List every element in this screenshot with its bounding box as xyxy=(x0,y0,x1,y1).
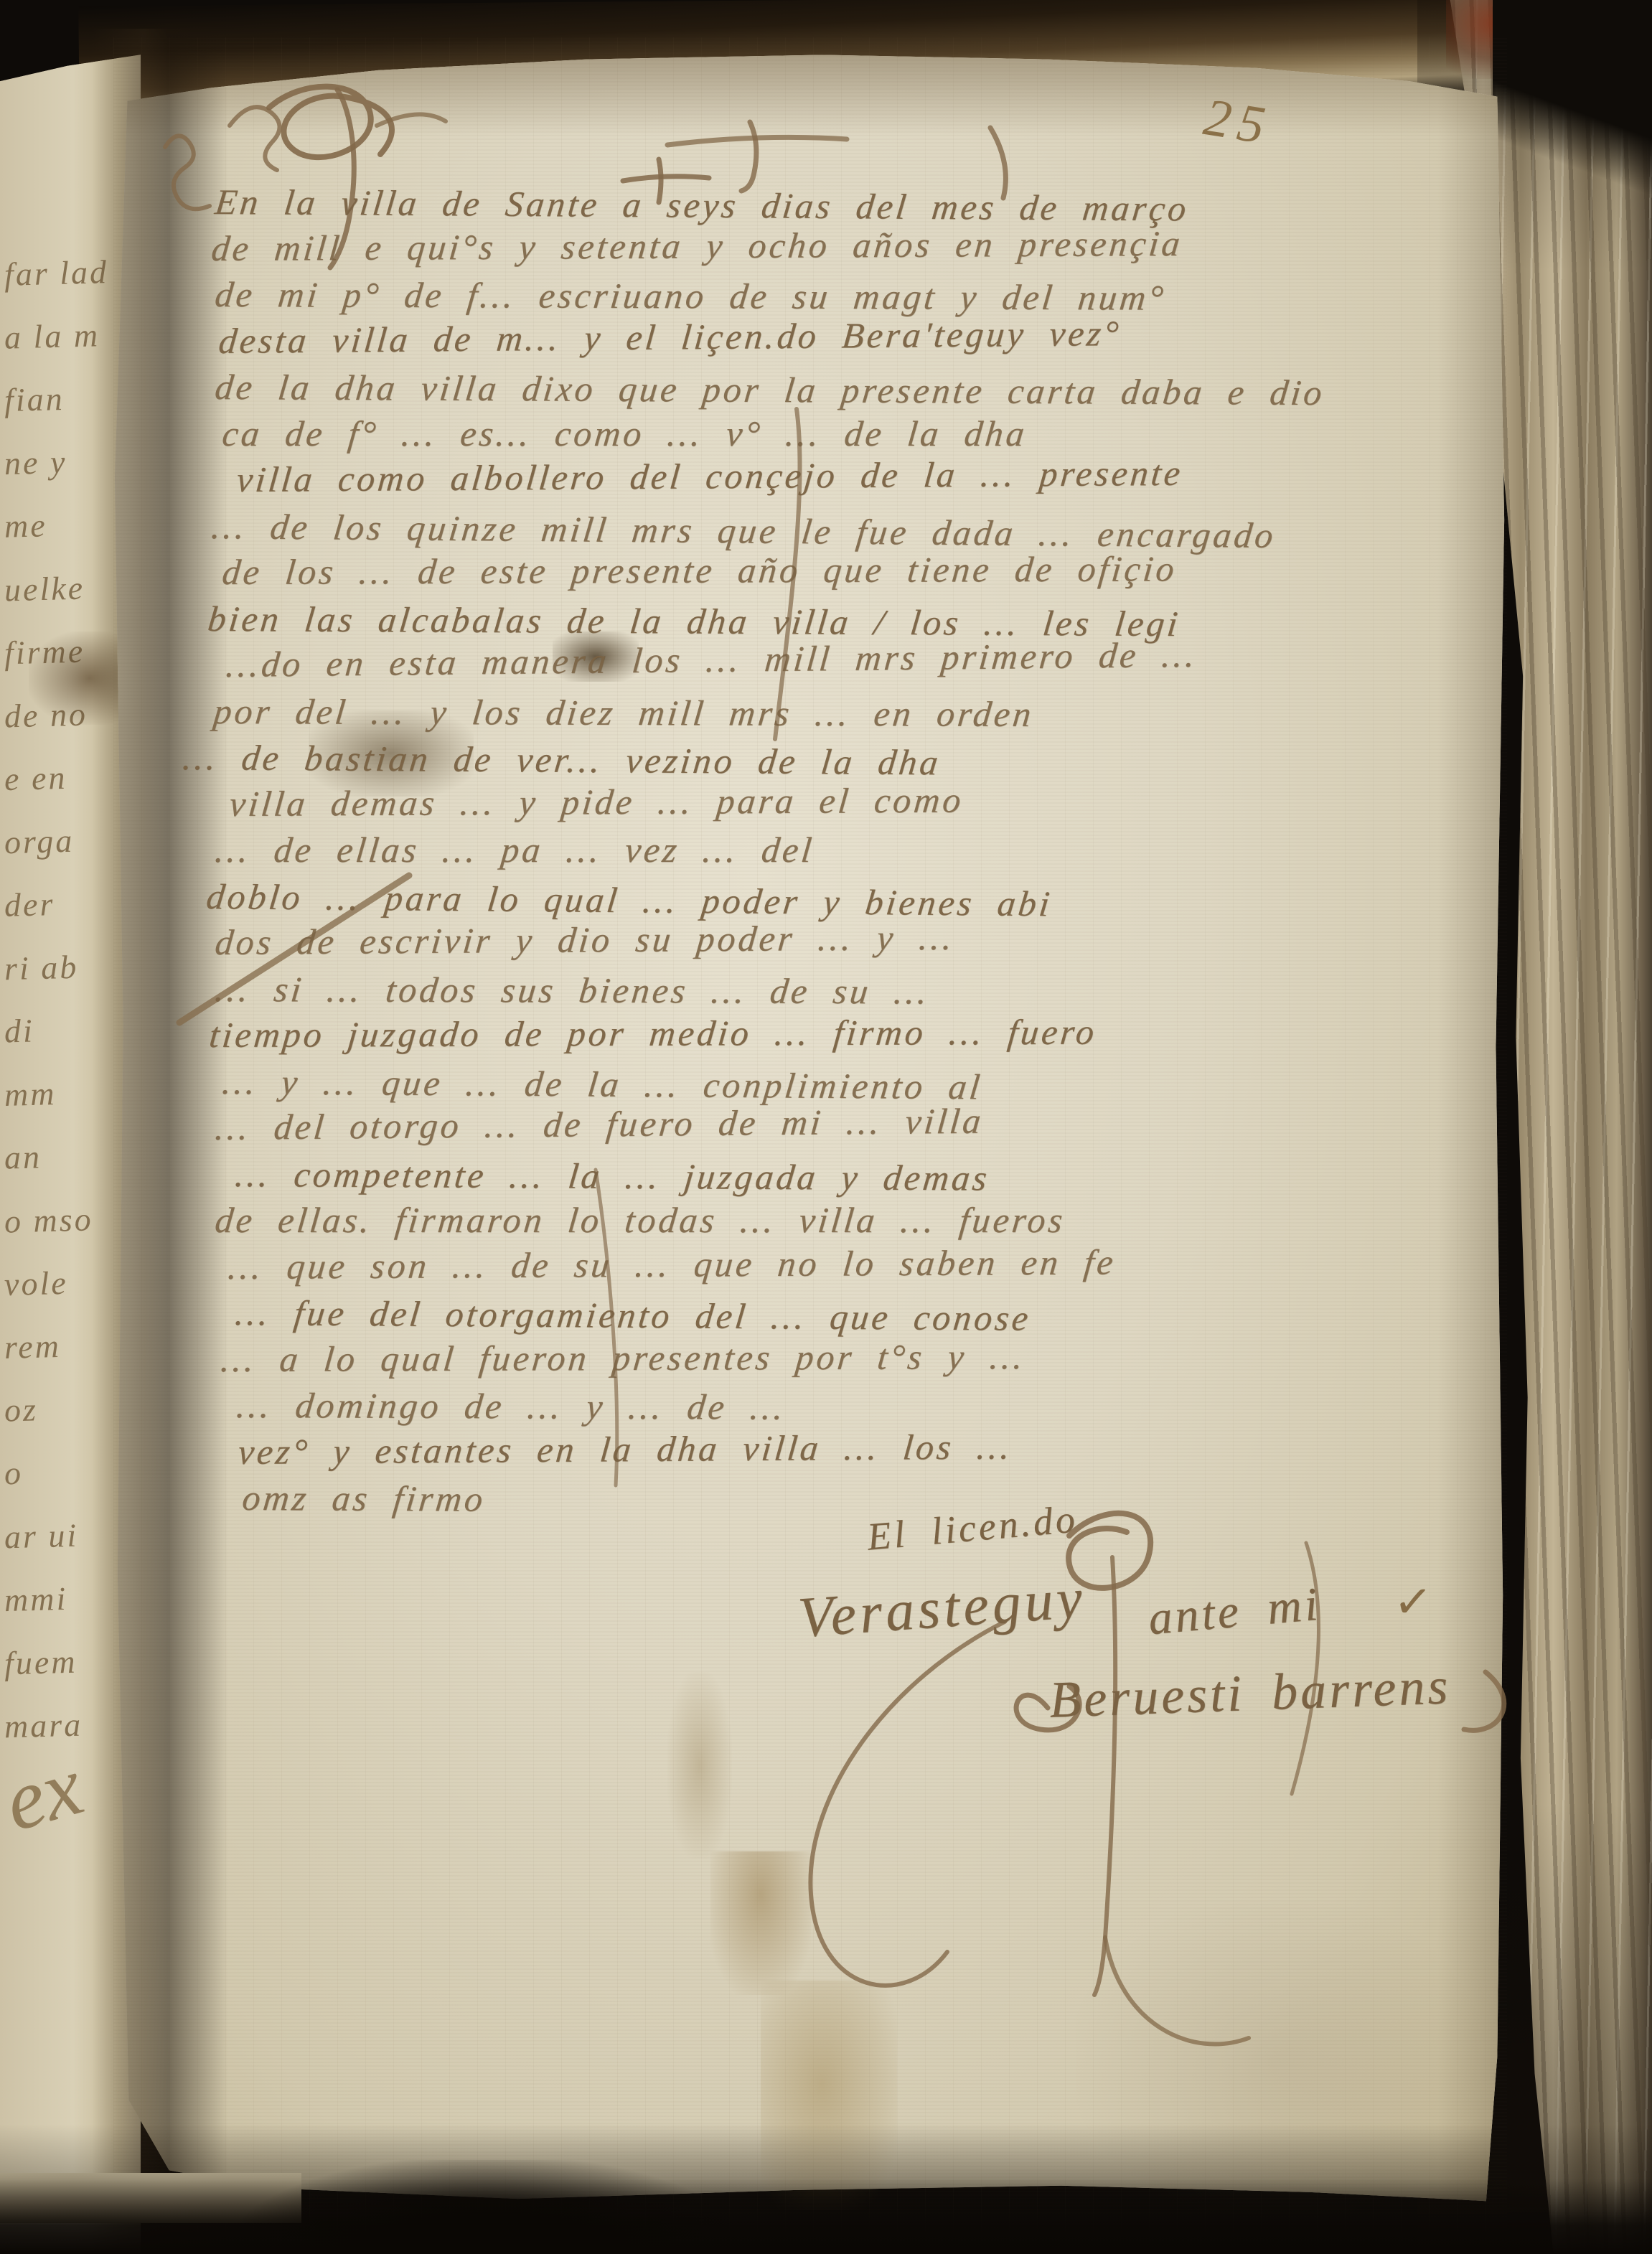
previous-page-fragment: ri ab xyxy=(4,948,79,988)
check-mark-icon: ✓ xyxy=(1391,1574,1434,1630)
pen-stroke-descender-2 xyxy=(567,1163,653,1493)
previous-page-fragment: fuem xyxy=(4,1643,78,1683)
word-cross-icon xyxy=(617,152,718,210)
previous-page-fragment: a la m xyxy=(4,316,100,356)
previous-page-fragment: o xyxy=(4,1454,23,1493)
notarial-rubric-flourish xyxy=(122,39,466,276)
previous-page-fragment: me xyxy=(4,506,47,545)
previous-page-fragment: der xyxy=(4,885,55,924)
previous-page-fragment: far lad xyxy=(4,253,108,294)
previous-page-fragment: fian xyxy=(4,380,65,419)
previous-page-fragment: uelke xyxy=(4,569,85,609)
previous-page-fragment: rem xyxy=(4,1327,61,1366)
previous-page-fragment: vole xyxy=(4,1264,68,1303)
previous-page-fragment: an xyxy=(4,1137,42,1176)
dark-background-corner xyxy=(1493,0,1652,194)
previous-page-fragment: di xyxy=(4,1011,34,1050)
previous-page-fragment: orga xyxy=(4,822,75,862)
previous-page-fragment: ar ui xyxy=(4,1516,79,1556)
previous-page-fragment: de no xyxy=(4,695,88,735)
previous-page-fragment: mara xyxy=(4,1706,83,1746)
previous-page-fragment: oz xyxy=(4,1390,38,1429)
manuscript-scan: far lada la mfianne ymeuelkefirmede noe … xyxy=(0,0,1652,2254)
previous-page-fragment: e en xyxy=(4,759,67,798)
previous-page-fragment: ne y xyxy=(4,443,67,482)
pen-stroke-descender xyxy=(746,402,832,746)
previous-page-bottom-edge xyxy=(0,2173,301,2223)
previous-page-fragment: mmi xyxy=(4,1579,68,1619)
previous-page-fragment: mm xyxy=(4,1074,57,1114)
margin-diagonal-stroke xyxy=(172,868,416,1033)
folio-number: 25 xyxy=(1200,87,1276,158)
previous-page-fragment: o mso xyxy=(4,1200,93,1240)
previous-page-fragment: firme xyxy=(4,632,85,672)
